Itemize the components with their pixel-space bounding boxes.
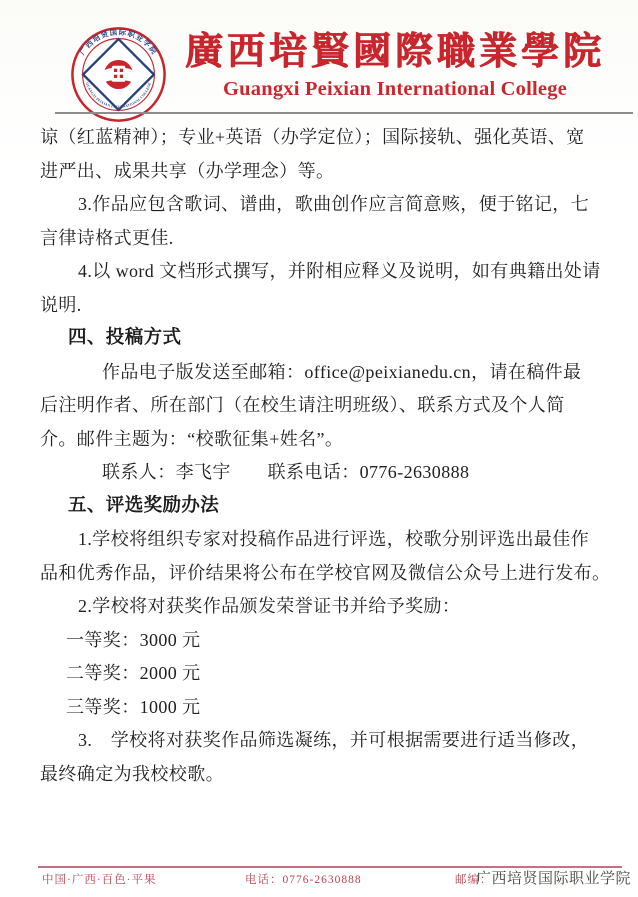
document-text-line: 最终确定为我校校歌。 <box>40 758 618 792</box>
header-divider-line <box>55 112 633 114</box>
document-text-line: 联系人：李飞宇 联系电话：0776-2630888 <box>40 456 618 490</box>
document-text-line: 3. 学校将对获奖作品筛选凝练，并可根据需要进行适当修改， <box>40 724 618 758</box>
document-text-line: 2.学校将对获奖作品颁发荣誉证书并给予奖励： <box>40 590 618 624</box>
seal-book-cover <box>112 66 126 82</box>
footer-overlay-college-name: 广西培贤国际职业学院 <box>476 867 638 888</box>
document-text-line: 3.作品应包含歌词、谱曲，歌曲创作应言简意赅，便于铭记，七 <box>40 188 618 222</box>
letterhead: 广西培贤国际职业学院 GUANGXI PEIXIAN INTERNATIONAL… <box>0 24 638 114</box>
document-text-line: 介。邮件主题为：“校歌征集+姓名”。 <box>40 423 618 457</box>
college-title-block: 廣西培賢國際職業學院 Guangxi Peixian International… <box>185 30 605 102</box>
footer-phone: 电话：0776-2630888 <box>245 871 362 887</box>
college-seal-logo: 广西培贤国际职业学院 GUANGXI PEIXIAN INTERNATIONAL… <box>70 26 167 123</box>
document-body: 谅（红蓝精神）；专业+英语（办学定位）；国际接轨、强化英语、宽进严出、成果共享（… <box>40 121 618 791</box>
document-text-line: 进严出、成果共享（办学理念）等。 <box>40 155 618 189</box>
document-text-line: 1.学校将组织专家对投稿作品进行评选，校歌分别评选出最佳作 <box>40 523 618 557</box>
footer: 中国·广西·百色·平果 电话：0776-2630888 邮编： 广西培贤国际职业… <box>0 869 638 891</box>
college-name-english: Guangxi Peixian International College <box>185 76 605 102</box>
document-text-line: 三等奖：1000 元 <box>40 691 618 725</box>
document-text-line: 后注明作者、所在部门（在校生请注明班级）、联系方式及个人简 <box>40 389 618 423</box>
document-text-line: 4.以 word 文档形式撰写，并附相应释义及说明，如有典籍出处请 <box>40 255 618 289</box>
document-text-line: 四、投稿方式 <box>40 322 618 356</box>
document-text-line: 说明. <box>40 289 618 323</box>
document-text-line: 作品电子版发送至邮箱：office@peixianedu.cn，请在稿件最 <box>40 356 618 390</box>
document-text-line: 二等奖：2000 元 <box>40 657 618 691</box>
document-text-line: 言律诗格式更佳. <box>40 222 618 256</box>
seal-book-pane <box>120 75 123 78</box>
seal-book-pane <box>114 69 117 72</box>
footer-location: 中国·广西·百色·平果 <box>42 871 157 887</box>
college-name-chinese: 廣西培賢國際職業學院 <box>185 30 605 74</box>
seal-book-pane <box>114 75 117 78</box>
document-text-line: 五、评选奖励办法 <box>40 490 618 524</box>
seal-book-pane <box>120 69 123 72</box>
scanned-document-page: 广西培贤国际职业学院 GUANGXI PEIXIAN INTERNATIONAL… <box>0 0 638 897</box>
document-text-line: 品和优秀作品，评价结果将公布在学校官网及微信公众号上进行发布。 <box>40 557 618 591</box>
document-text-line: 一等奖：3000 元 <box>40 624 618 658</box>
document-text-line: 谅（红蓝精神）；专业+英语（办学定位）；国际接轨、强化英语、宽 <box>40 121 618 155</box>
